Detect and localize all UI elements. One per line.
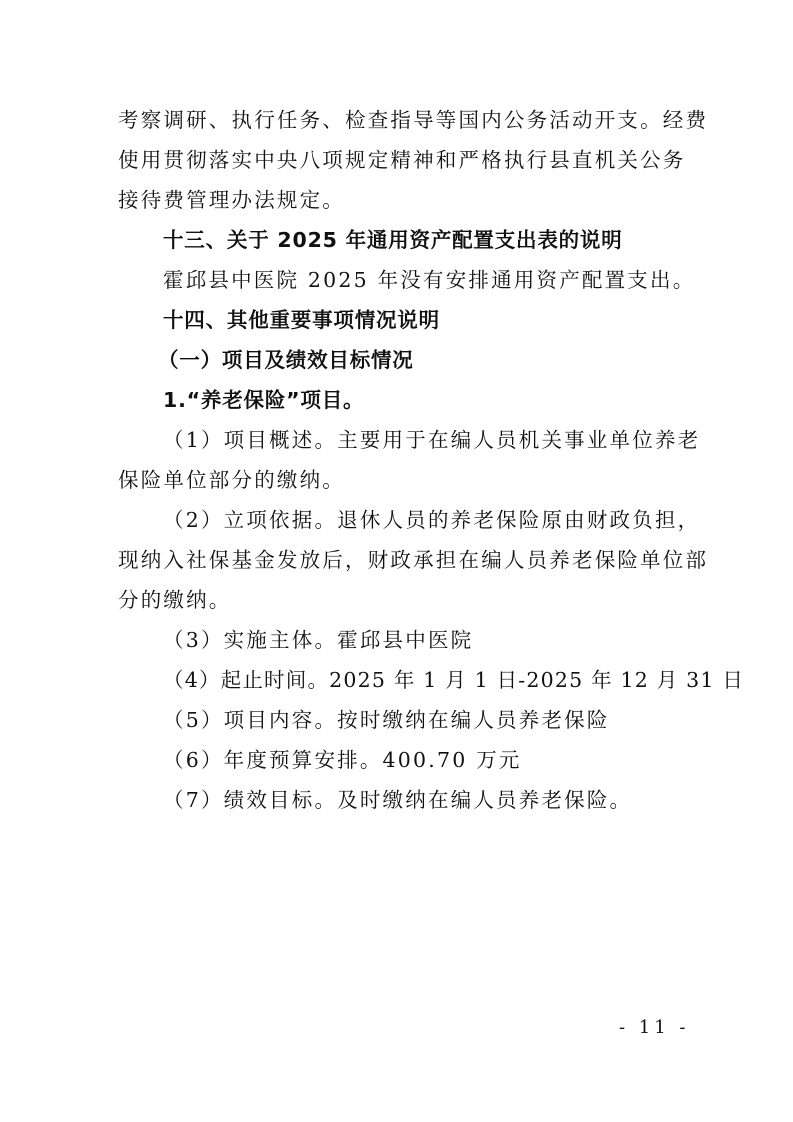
paragraph-line: （4）起止时间。2025 年 1 月 1 日-2025 年 12 月 31 日 — [163, 666, 744, 694]
paragraph-line: 分的缴纳。 — [118, 586, 232, 614]
item-heading: 1.“养老保险”项目。 — [163, 386, 364, 414]
section-heading-13: 十三、关于 2025 年通用资产配置支出表的说明 — [163, 226, 623, 254]
paragraph-line: （1）项目概述。主要用于在编人员机关事业单位养老 — [163, 426, 700, 454]
paragraph-line: （2）立项依据。退休人员的养老保险原由财政负担， — [163, 506, 700, 534]
subsection-heading: （一）项目及绩效目标情况 — [158, 346, 414, 374]
paragraph-line: 保险单位部分的缴纳。 — [118, 466, 345, 494]
paragraph-line: 现纳入社保基金发放后，财政承担在编人员养老保险单位部 — [118, 546, 708, 574]
paragraph-line: 使用贯彻落实中央八项规定精神和严格执行县直机关公务 — [118, 146, 686, 174]
page-number: - 11 - — [619, 1017, 690, 1038]
paragraph-line: （5）项目内容。按时缴纳在编人员养老保险 — [163, 706, 610, 734]
paragraph-line: （6）年度预算安排。400.70 万元 — [163, 746, 522, 774]
paragraph-line: 考察调研、执行任务、检查指导等国内公务活动开支。经费 — [118, 106, 708, 134]
paragraph-line: （7）绩效目标。及时缴纳在编人员养老保险。 — [163, 786, 632, 814]
section-heading-14: 十四、其他重要事项情况说明 — [163, 306, 440, 334]
paragraph-line: （3）实施主体。霍邱县中医院 — [163, 626, 473, 654]
paragraph-line: 接待费管理办法规定。 — [118, 186, 345, 214]
paragraph-line: 霍邱县中医院 2025 年没有安排通用资产配置支出。 — [163, 266, 695, 294]
